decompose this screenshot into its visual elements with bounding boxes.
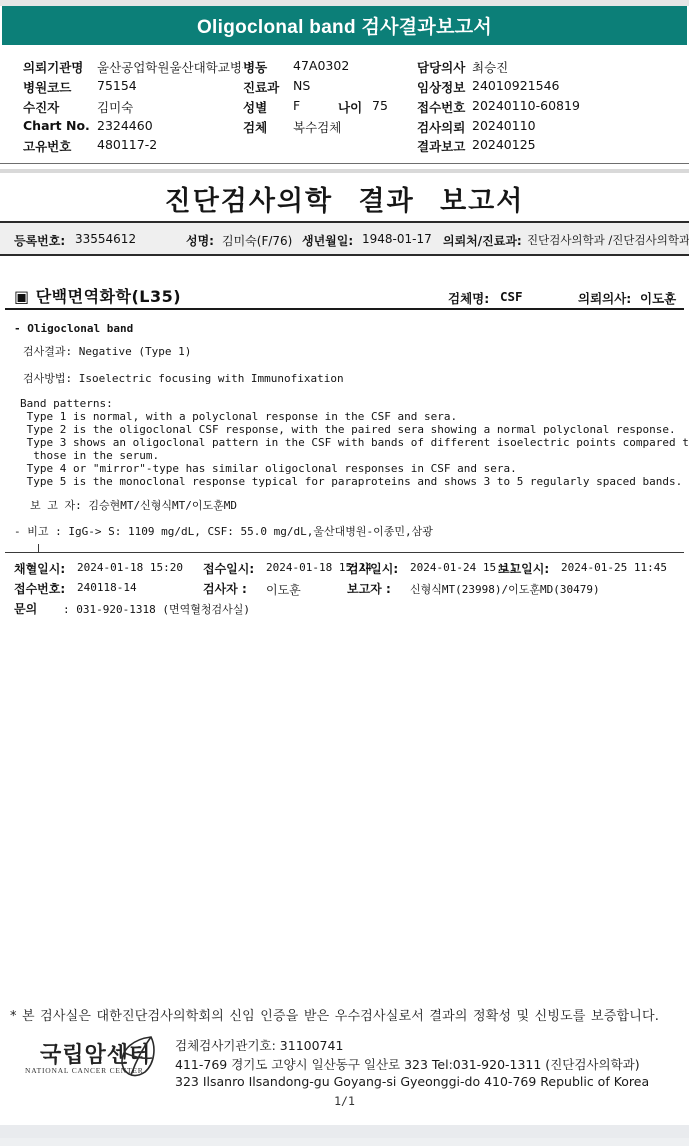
patient-dept-label: 의뢰처/진료과: bbox=[443, 232, 522, 249]
address-english: 323 Ilsanro Ilsandong-gu Goyang-si Gyeon… bbox=[175, 1074, 649, 1089]
patient-reg-label: 등록번호: bbox=[14, 232, 65, 249]
result-line: 검사결과: Negative (Type 1) bbox=[23, 345, 191, 358]
reporter-name-value: 신형식MT(23998)/이도훈MD(30479) bbox=[410, 581, 600, 597]
field-value-chart-no: 2324460 bbox=[97, 118, 153, 133]
collect-time-value: 2024-01-18 15:20 bbox=[77, 561, 183, 574]
report-time-label: 보고일시: bbox=[498, 560, 549, 577]
accession-no-value: 240118-14 bbox=[77, 581, 137, 594]
section-title: ▣ 단백면역화학(L35) bbox=[14, 284, 181, 307]
field-value-patient: 김미숙 bbox=[97, 98, 133, 116]
field-label-doctor: 담당의사 bbox=[417, 58, 465, 76]
band-pattern-type5: Type 5 is the monoclonal response typica… bbox=[20, 475, 682, 488]
band-pattern-type1: Type 1 is normal, with a polyclonal resp… bbox=[20, 410, 457, 423]
ordering-doctor-value: 이도훈 bbox=[640, 289, 676, 307]
field-value-sex: F bbox=[293, 98, 300, 113]
field-value-ward: 47A0302 bbox=[293, 58, 349, 73]
window-bottom-strip-lower bbox=[0, 1138, 689, 1146]
reporter-name-label: 보고자 : bbox=[347, 580, 391, 597]
page-number: 1/1 bbox=[0, 1094, 689, 1108]
field-value-report-date: 20240125 bbox=[472, 137, 536, 152]
ordering-doctor-label: 의뢰의사: bbox=[578, 289, 631, 307]
field-label-order-date: 검사의뢰 bbox=[417, 118, 465, 136]
field-value-receipt-no: 20240110-60819 bbox=[472, 98, 580, 113]
section-divider-line bbox=[5, 308, 684, 310]
field-value-specimen: 복수검체 bbox=[293, 118, 341, 136]
patient-birth-value: 1948-01-17 bbox=[362, 232, 432, 246]
accreditation-disclaimer: * 본 검사실은 대한진단검사의학회의 신임 인증을 받은 우수검사실로서 결과… bbox=[10, 1005, 659, 1024]
contact-label: 문의 bbox=[14, 600, 37, 617]
field-label-chart-no: Chart No. bbox=[23, 118, 90, 133]
band-pattern-type2: Type 2 is the oligoclonal CSF response, … bbox=[20, 423, 676, 436]
field-label-age: 나이 bbox=[338, 98, 362, 116]
section-marker-icon: ▣ bbox=[14, 287, 30, 306]
field-label-report-date: 결과보고 bbox=[417, 137, 465, 155]
method-line: 검사방법: Isoelectric focusing with Immunofi… bbox=[23, 372, 344, 385]
patient-name-label: 성명: bbox=[186, 232, 214, 249]
tester-value: 이도훈 bbox=[266, 581, 301, 598]
test-time-label: 검사일시: bbox=[347, 560, 398, 577]
field-value-hospital-code: 75154 bbox=[97, 78, 137, 93]
org-code-line: 검체검사기관기호: 31100741 bbox=[175, 1036, 343, 1054]
report-time-value: 2024-01-25 11:45 bbox=[561, 561, 667, 574]
field-label-department: 진료과 bbox=[243, 78, 279, 96]
field-label-sex: 성별 bbox=[243, 98, 267, 116]
header-divider-line bbox=[0, 163, 689, 164]
lab-report-page: Oligoclonal band 검사결과보고서 의뢰기관명 울산공업학원울산대… bbox=[0, 0, 689, 1146]
field-value-department: NS bbox=[293, 78, 310, 93]
field-label-institution: 의뢰기관명 bbox=[23, 58, 83, 76]
report-title-bar: Oligoclonal band 검사결과보고서 bbox=[2, 6, 687, 45]
band-pattern-type3: Type 3 shows an oligoclonal pattern in t… bbox=[20, 436, 689, 449]
field-label-hospital-code: 병원코드 bbox=[23, 78, 71, 96]
field-label-specimen: 검체 bbox=[243, 118, 267, 136]
report-title-bar-text: Oligoclonal band 검사결과보고서 bbox=[197, 12, 492, 39]
address-korean: 411-769 경기도 고양시 일산동구 일산로 323 Tel:031-920… bbox=[175, 1055, 640, 1073]
accession-no-label: 접수번호: bbox=[14, 580, 65, 597]
report-main-title: 진단검사의학 결과 보고서 bbox=[0, 179, 689, 218]
reporter-line: 보 고 자: 김승현MT/신형식MT/이도훈MD bbox=[30, 499, 237, 512]
receipt-time-label: 접수일시: bbox=[203, 560, 254, 577]
patient-name-value: 김미숙(F/76) bbox=[222, 232, 292, 249]
field-label-receipt-no: 접수번호 bbox=[417, 98, 465, 116]
specimen-name-label: 검체명: bbox=[448, 289, 489, 307]
field-label-clinical-info: 임상정보 bbox=[417, 78, 465, 96]
header-divider-shadow bbox=[0, 169, 689, 173]
specimen-name-value: CSF bbox=[500, 289, 523, 304]
times-divider-line bbox=[5, 552, 684, 553]
tester-label: 검사자 : bbox=[203, 580, 247, 597]
test-name-line: - Oligoclonal band bbox=[14, 322, 133, 335]
times-divider-tick bbox=[38, 544, 39, 552]
collect-time-label: 채혈일시: bbox=[14, 560, 65, 577]
band-pattern-type3b: those in the serum. bbox=[20, 449, 159, 462]
note-line: - 비고 : IgG-> S: 1109 mg/dL, CSF: 55.0 mg… bbox=[14, 525, 433, 538]
patient-reg-value: 33554612 bbox=[75, 232, 136, 246]
section-title-text: 단백면역화학(L35) bbox=[36, 287, 181, 306]
contact-value: : 031-920-1318 (면역혈청검사실) bbox=[63, 601, 250, 617]
field-label-ward: 병동 bbox=[243, 58, 267, 76]
patient-dept-value: 진단검사의학과 /진단검사의학과 bbox=[527, 232, 689, 248]
patient-birth-label: 생년월일: bbox=[302, 232, 353, 249]
field-label-unique-no: 고유번호 bbox=[23, 137, 71, 155]
field-value-order-date: 20240110 bbox=[472, 118, 536, 133]
field-value-institution: 울산공업학원울산대학교병원 bbox=[97, 58, 243, 76]
field-label-patient: 수진자 bbox=[23, 98, 59, 116]
field-value-doctor: 최승진 bbox=[472, 58, 508, 76]
field-value-unique-no: 480117-2 bbox=[97, 137, 157, 152]
field-value-clinical-info: 24010921546 bbox=[472, 78, 559, 93]
field-value-age: 75 bbox=[372, 98, 388, 113]
ncc-leaf-logo-icon bbox=[118, 1033, 158, 1081]
band-pattern-type4: Type 4 or "mirror"-type has similar olig… bbox=[20, 462, 517, 475]
band-patterns-title: Band patterns: bbox=[20, 397, 113, 410]
patient-info-bar: 등록번호: 33554612 성명: 김미숙(F/76) 생년월일: 1948-… bbox=[0, 221, 689, 256]
